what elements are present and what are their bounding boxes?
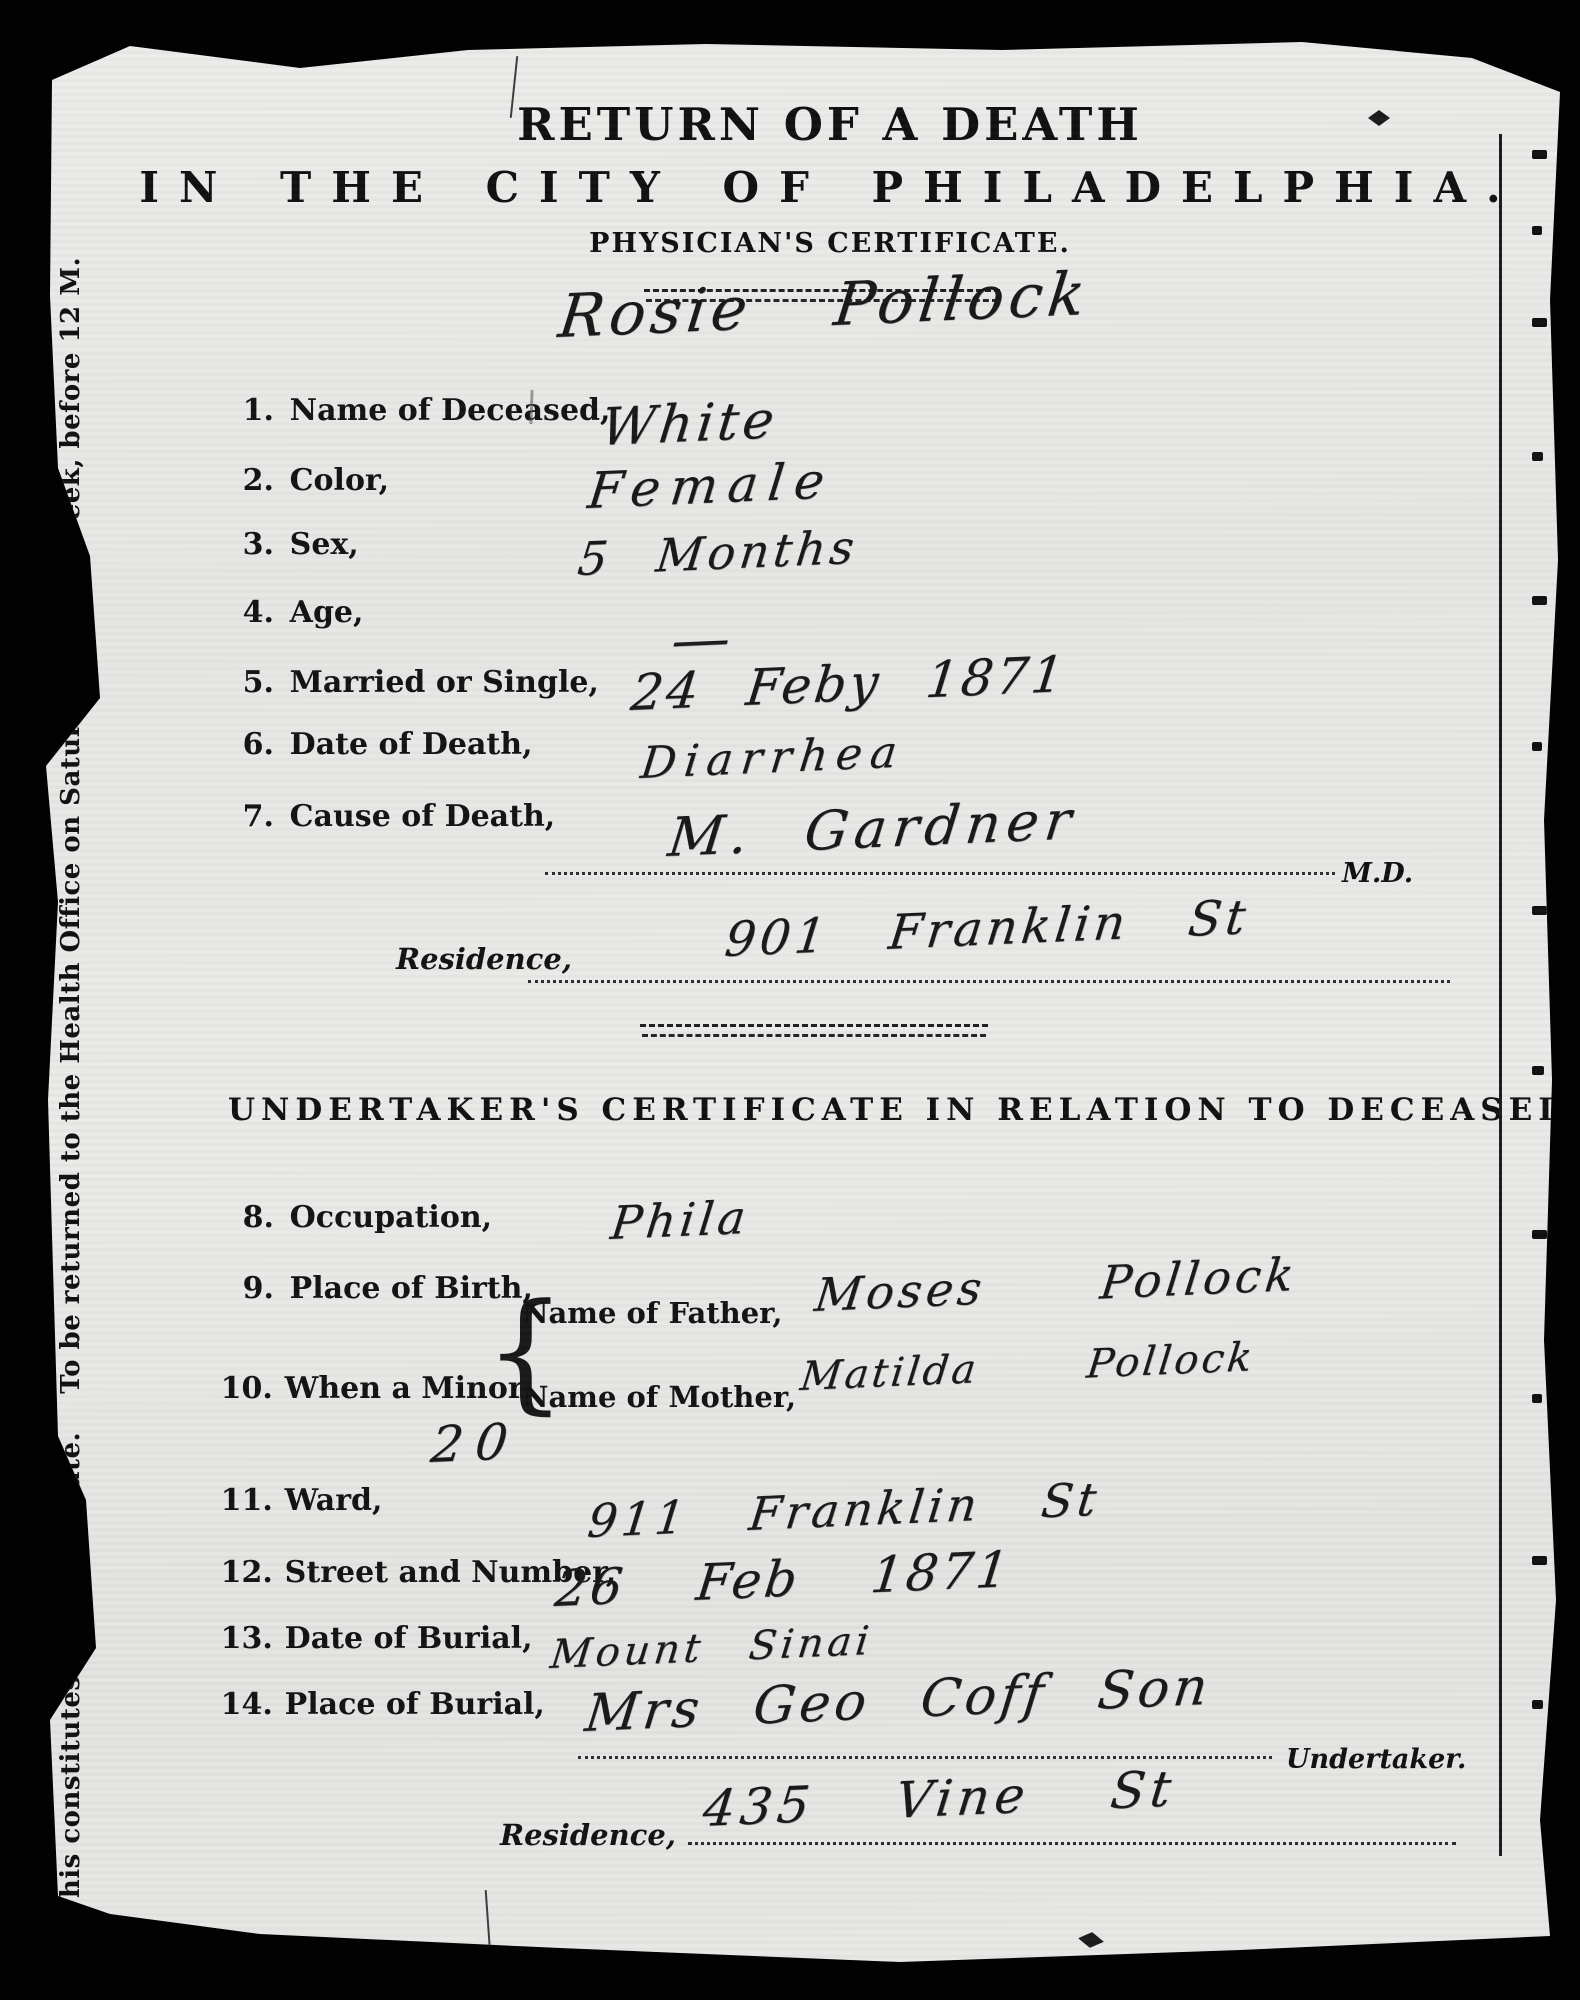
field-number: 8. — [243, 1200, 290, 1235]
right-ruled-border-line — [1499, 134, 1502, 1856]
handwritten-place-of-birth: Phila — [608, 1190, 752, 1250]
handwritten-color: White — [598, 390, 781, 458]
name-of-father-label: Name of Father, — [522, 1296, 782, 1330]
field-number: 12. — [221, 1555, 285, 1590]
title-city-of-philadelphia: IN THE CITY OF PHILADELPHIA. — [80, 163, 1580, 212]
subtitle-physicians-certificate: PHYSICIAN'S CERTIFICATE. — [80, 228, 1580, 259]
signature-line — [545, 872, 1335, 875]
undertaker-residence-value: 435 Vine St — [700, 1760, 1179, 1838]
field-number: 4. — [243, 595, 290, 630]
handwritten-date-of-burial: 26 Feb 1871 — [552, 1540, 1015, 1618]
undertaker-signature-line — [578, 1756, 1272, 1759]
handwritten-mother-name: Matilda Pollock — [798, 1334, 1257, 1400]
undertaker-section-heading: UNDERTAKER'S CERTIFICATE IN RELATION TO … — [228, 1092, 1580, 1128]
field-label: Place of Burial, — [285, 1687, 545, 1722]
md-suffix: M.D. — [1342, 858, 1413, 889]
field-label: Occupation, — [290, 1200, 492, 1235]
paper-crack-bottom — [485, 1890, 492, 1956]
double-rule — [640, 1024, 988, 1027]
field-cause-of-death: 7.Cause of Death, — [180, 764, 555, 869]
field-number: 10. — [221, 1371, 285, 1406]
field-number: 7. — [243, 799, 290, 834]
field-number: 14. — [221, 1687, 285, 1722]
field-number: 9. — [243, 1271, 290, 1306]
field-number: 13. — [221, 1621, 285, 1656]
double-rule — [642, 1034, 986, 1037]
field-number: 11. — [221, 1483, 285, 1518]
handwritten-sex: Female — [585, 451, 837, 520]
handwritten-age: 5 Months — [575, 520, 861, 586]
field-label: Date of Death, — [290, 727, 533, 762]
name-of-mother-label: Name of Mother, — [522, 1380, 796, 1414]
handwritten-place-of-burial: Mount Sinai — [548, 1618, 875, 1678]
field-number: 6. — [243, 727, 290, 762]
field-number: 1. — [243, 393, 290, 428]
residence-line — [528, 980, 1450, 983]
field-number: 3. — [243, 527, 290, 562]
field-label: Sex, — [290, 527, 359, 562]
field-place-of-burial: 14.Place of Burial, — [158, 1652, 545, 1757]
field-place-of-birth: 9.Place of Birth, — [180, 1236, 533, 1341]
handwritten-cause-of-death: Diarrhea — [638, 727, 908, 789]
physician-signature: M. Gardner — [665, 788, 1081, 869]
undertaker-residence-line — [688, 1842, 1456, 1845]
title-return-of-a-death: RETURN OF A DEATH — [80, 98, 1580, 151]
field-label: Name of Deceased, — [290, 393, 611, 428]
margin-note: This constitutes one Certificate. To be … — [56, 106, 108, 1918]
field-label: Age, — [290, 595, 364, 630]
residence-label: Residence, — [396, 942, 572, 976]
field-label: Date of Burial, — [285, 1621, 533, 1656]
field-label: Cause of Death, — [290, 799, 556, 834]
handwritten-father-name: Moses Pollock — [812, 1247, 1300, 1322]
handwritten-name-of-deceased: Rosie Pollock — [555, 259, 1094, 352]
certificate-paper: This constitutes one Certificate. To be … — [0, 0, 1580, 2000]
physician-residence-value: 901 Franklin St — [722, 889, 1252, 968]
handwritten-ward: 20 — [428, 1412, 523, 1474]
field-label: Ward, — [285, 1483, 383, 1518]
undertaker-suffix: Undertaker. — [1286, 1744, 1466, 1775]
diamond-mark-bottom — [1077, 1930, 1105, 1949]
undertaker-residence-label: Residence, — [500, 1818, 676, 1852]
scanned-death-certificate: This constitutes one Certificate. To be … — [0, 0, 1580, 2000]
handwritten-street-and-number: 911 Franklin St — [585, 1472, 1103, 1548]
